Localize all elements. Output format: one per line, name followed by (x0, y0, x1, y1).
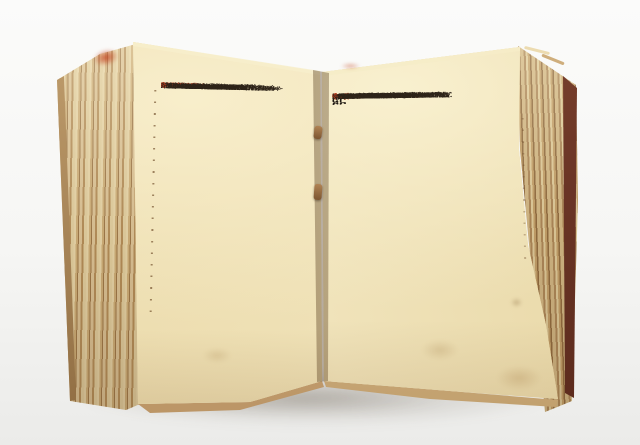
manuscript-photo: ወተወከፍከኒ፡ከመ፡እእምር፨ኀጥአ፡ባዕለ፡ውእቱ፡በቅድሜከ፨እስከ፡አበ… (0, 0, 640, 445)
corner-stain (497, 366, 541, 390)
right-page-text-block: ወሊተሰ፡ተሉ፡ኀበ፡እግዚአብሔር፡ይኄይሰኒ፨ወተውክልትየ፡ላዕለ፡እግዚ… (332, 89, 532, 328)
binding-tie (313, 184, 322, 201)
foxing-stain (203, 348, 231, 363)
page-top-edge-step (541, 54, 564, 66)
text-segment: ፨ (332, 92, 336, 101)
left-page-text-block: ወተወከፍከኒ፡ከመ፡እእምር፨ኀጥአ፡ባዕለ፡ውእቱ፡በቅድሜከ፨እስከ፡አበ… (155, 80, 315, 318)
binding-tie (313, 126, 323, 140)
foxing-stain (422, 340, 458, 360)
text-segment: ለእግዚአብሔር፡እምድር (332, 91, 384, 101)
red-ink-smudge (341, 63, 360, 69)
text-segment: ፨ (161, 80, 166, 89)
